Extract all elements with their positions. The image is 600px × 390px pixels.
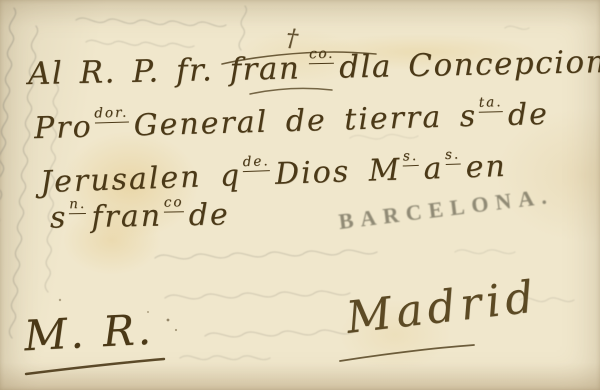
ink-speck — [175, 329, 177, 331]
madrid-underline — [340, 345, 474, 361]
abbreviation-flourish-stroke — [250, 88, 332, 94]
cross-flourish-stroke — [222, 52, 376, 64]
ink-speck — [167, 319, 170, 322]
ink-speck — [147, 311, 149, 313]
letter-cover-photo: † Al R. P. fr. franco.dla Concepcion Pro… — [0, 0, 600, 390]
docket-underline — [26, 359, 164, 374]
ink-speck — [59, 299, 61, 301]
ink-flourishes — [0, 0, 600, 390]
